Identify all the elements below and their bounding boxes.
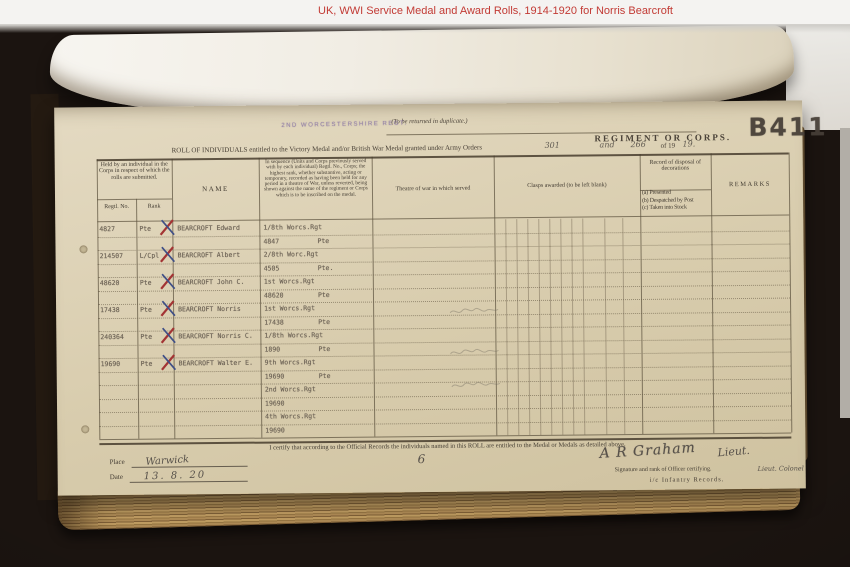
prev-rank: Pte [319,371,331,379]
of-year-printed: of 19 [661,142,676,150]
soldier-name: BEARCROFT Norris C. [178,332,252,341]
prev-number: 4847 [263,237,279,245]
prev-number: 17438 [264,318,284,326]
prev-rank: Pte. [318,263,334,271]
date-label: Date [110,473,123,481]
check-cross-mark [159,299,177,318]
previous-service: 1/8th Worcs.Rgt 1890Pte [264,329,376,330]
prev-number: 4505 [264,264,280,272]
prev-rank: Pte [318,344,330,352]
previous-service: 1st Worcs.Rgt 48620Pte [264,275,376,276]
prev-number: 1890 [264,345,280,353]
column-header-regtl-no: Regtl. No. [98,204,135,211]
background-paper-edge [840,128,850,418]
prev-number: 19690 [265,399,285,407]
army-order-number-1: 301 [544,141,559,150]
roll-title: ROLL OF INDIVIDUALS entitled to the Vict… [172,143,483,154]
prev-unit: 1st Worcs.Rgt [264,277,315,285]
rank: Pte [139,225,151,233]
grid-line [97,198,172,200]
soldier-name: BEARCROFT Walter E. [179,359,253,368]
signature-rank: Lieut. Colonel [758,464,804,472]
army-order-number-2: 266 [630,140,645,149]
table-row: 19690 Pte BEARCROFT Walter E. 9th Worcs.… [57,351,803,439]
prev-unit: 1/8th Worcs.Rgt [264,331,323,340]
prev-unit: 9th Worcs.Rgt [265,358,316,366]
column-header-disposal: Record of disposal of decorations [641,159,710,173]
regtl-no: 48620 [100,279,120,287]
prev-number: 48620 [264,291,284,299]
regtl-no: 17438 [100,306,120,314]
column-header-disposal-items: (a) Presented (b) Despatched by Post (c)… [642,189,712,212]
prev-unit: 1/8th Worcs.Rgt [263,223,322,232]
soldier-name: BEARCROFT Norris [178,305,241,314]
unit-stamp: 2ND WORCESTERSHIRE REGT. [281,121,407,129]
place-label: Place [110,458,125,466]
disposal-item-c: (c) Taken into Stock [642,204,712,212]
check-cross-mark [159,326,177,345]
rank: Pte [140,333,152,341]
prev-number: 19690 [265,372,285,380]
previous-service: 1/8th Worcs.Rgt 4847Pte [263,221,375,222]
prev-unit: 2nd Worcs.Rgt [265,385,316,393]
column-header-theatres: Theatre of war in which served [373,185,493,193]
column-header-name: NAME [173,186,258,194]
bar-shadow [0,25,850,33]
soldier-name: BEARCROFT Albert [178,251,241,260]
check-cross-mark [160,353,178,372]
signature-caption: Signature and rank of Officer certifying… [615,466,712,473]
soldier-name: BEARCROFT Edward [177,224,240,233]
check-cross-mark [158,245,176,264]
check-cross-mark [158,218,176,237]
column-header-held-by: Held by an individual in the Corps in re… [98,161,171,181]
handwritten-and: and [599,140,614,149]
pencil-annotation [447,378,505,391]
prev-rank: Pte [317,236,329,244]
previous-service: 1st Worcs.Rgt 17438Pte [264,302,376,303]
previous-service: 9th Worcs.Rgt 19690Pte 2nd Worcs.Rgt 196… [265,356,377,357]
column-header-remarks: REMARKS [712,181,788,189]
infantry-records-line: i/c Infantry Records. [650,476,725,484]
regtl-no: 240364 [100,333,124,341]
date-value: 13. 8. 20 [144,470,207,483]
document-page[interactable]: (To be returned in duplicate.) 2ND WORCE… [54,100,806,495]
viewer-title: UK, WWI Service Medal and Award Rolls, 1… [318,5,673,17]
viewer-title-bar: UK, WWI Service Medal and Award Rolls, 1… [0,0,850,25]
regtl-no: 214507 [100,252,124,260]
check-cross-mark [159,272,177,291]
rank: Pte [141,360,153,368]
pencil-annotation [448,304,500,316]
prev-unit: 1st Worcs.Rgt [264,304,315,312]
column-header-rank: Rank [137,203,171,210]
regtl-no: 4827 [99,225,115,233]
column-header-clasps: Clasps awarded (to be left blank) [495,182,639,190]
sheet-number-note: 6 [417,452,425,466]
handwritten-year: 19. [682,139,695,148]
regtl-no: 19690 [101,360,121,368]
rank: L/Cpl [140,252,160,260]
batch-stamp: B411 [748,112,828,142]
soldier-name: BEARCROFT John C. [178,278,245,287]
prev-unit: 2/8th Worc.Rgt [264,250,319,259]
previous-service: 2/8th Worc.Rgt 4505Pte. [264,248,376,249]
rank: Pte [140,306,152,314]
prev-rank: Pte [318,290,330,298]
screenshot-stage: UK, WWI Service Medal and Award Rolls, 1… [0,0,850,567]
column-header-previous-service: In sequence (Units and Corps previously … [261,159,371,199]
rank: Pte [140,279,152,287]
prev-number: 19690 [265,426,285,434]
prev-rank: Pte [318,317,330,325]
signature-rank-handwritten: Lieut. [717,444,750,460]
prev-unit: 4th Worcs.Rgt [265,412,316,420]
